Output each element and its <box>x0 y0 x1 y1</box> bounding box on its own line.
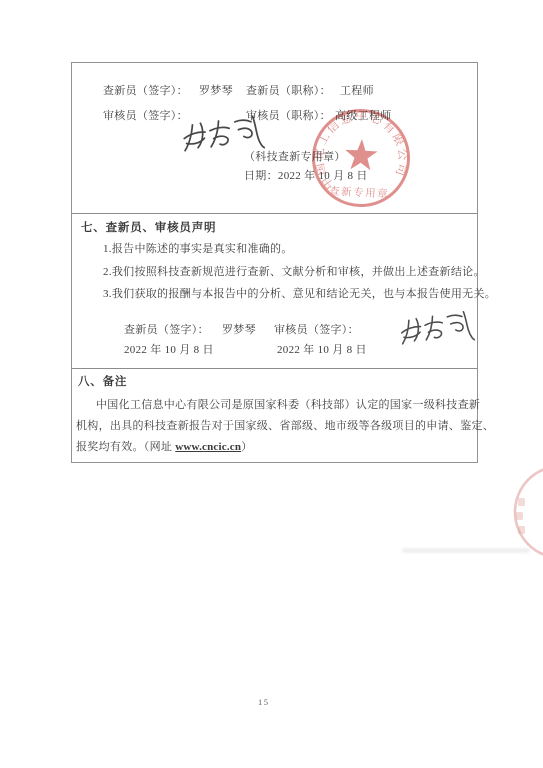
scan-artifact <box>402 548 530 553</box>
seal-star-icon <box>344 138 378 170</box>
reviewer-signature-label: 审核员（签字）： <box>103 110 188 123</box>
declaration-item-1: 1.报告中陈述的事实是真实和准确的。 <box>103 243 293 256</box>
report-table: 查新员（签字）： 罗梦琴 查新员（职称）： 工程师 审核员（签字）： 审核员（职… <box>71 62 478 463</box>
declaration-item-3: 3.我们获取的报酬与本报告中的分析、意见和结论无关，也与本报告使用无关。 <box>103 288 496 301</box>
declaration-section: 七、查新员、审核员声明 1.报告中陈述的事实是真实和准确的。 2.我们按照科技查… <box>72 213 477 368</box>
remarks-section: 八、备注 中国化工信息中心有限公司是原国家科委（科技部）认定的国家一级科技查新 … <box>72 368 477 462</box>
partial-seal-stamp <box>497 462 543 572</box>
checker-sign-date: 2022 年 10 月 8 日 <box>124 344 214 357</box>
remarks-line-3-suffix: ） <box>241 441 252 453</box>
checker-signature-label-2: 查新员（签字）： <box>124 324 209 337</box>
official-seal-stamp: 中国化工信息中心有限公司 查新专用章 <box>306 103 415 212</box>
checker-name: 罗梦琴 <box>199 85 233 98</box>
section8-heading: 八、备注 <box>78 376 127 389</box>
page-number: 15 <box>258 697 270 707</box>
checker-title-value: 工程师 <box>340 85 374 98</box>
reviewer-signature-label-2: 审核员（签字）： <box>274 324 359 337</box>
section7-heading: 七、查新员、审核员声明 <box>81 222 216 235</box>
remarks-line-2: 机构，出具的科技查新报告对于国家级、省部级、地市级等各级项目的申请、鉴定、 <box>76 420 494 433</box>
declaration-item-2: 2.我们按照科技查新规范进行查新、文献分析和审核，并做出上述查新结论。 <box>103 266 485 279</box>
remarks-line-1: 中国化工信息中心有限公司是原国家科委（科技部）认定的国家一级科技查新 <box>96 399 480 412</box>
checker-title-label: 查新员（职称）： <box>246 85 331 98</box>
checker-name-2: 罗梦琴 <box>222 324 256 337</box>
signoff-section: 查新员（签字）： 罗梦琴 查新员（职称）： 工程师 审核员（签字）： 审核员（职… <box>72 63 477 213</box>
checker-signature-label: 查新员（签字）： <box>103 85 188 98</box>
website-link[interactable]: www.cncic.cn <box>175 441 241 453</box>
remarks-line-3-prefix: 报奖均有效。（网址 <box>76 441 175 453</box>
remarks-line-3: 报奖均有效。（网址 www.cncic.cn） <box>76 441 253 454</box>
document-page: 查新员（签字）： 罗梦琴 查新员（职称）： 工程师 审核员（签字）： 审核员（职… <box>0 0 543 768</box>
handwritten-signature <box>394 303 476 356</box>
reviewer-sign-date: 2022 年 10 月 8 日 <box>277 344 367 357</box>
